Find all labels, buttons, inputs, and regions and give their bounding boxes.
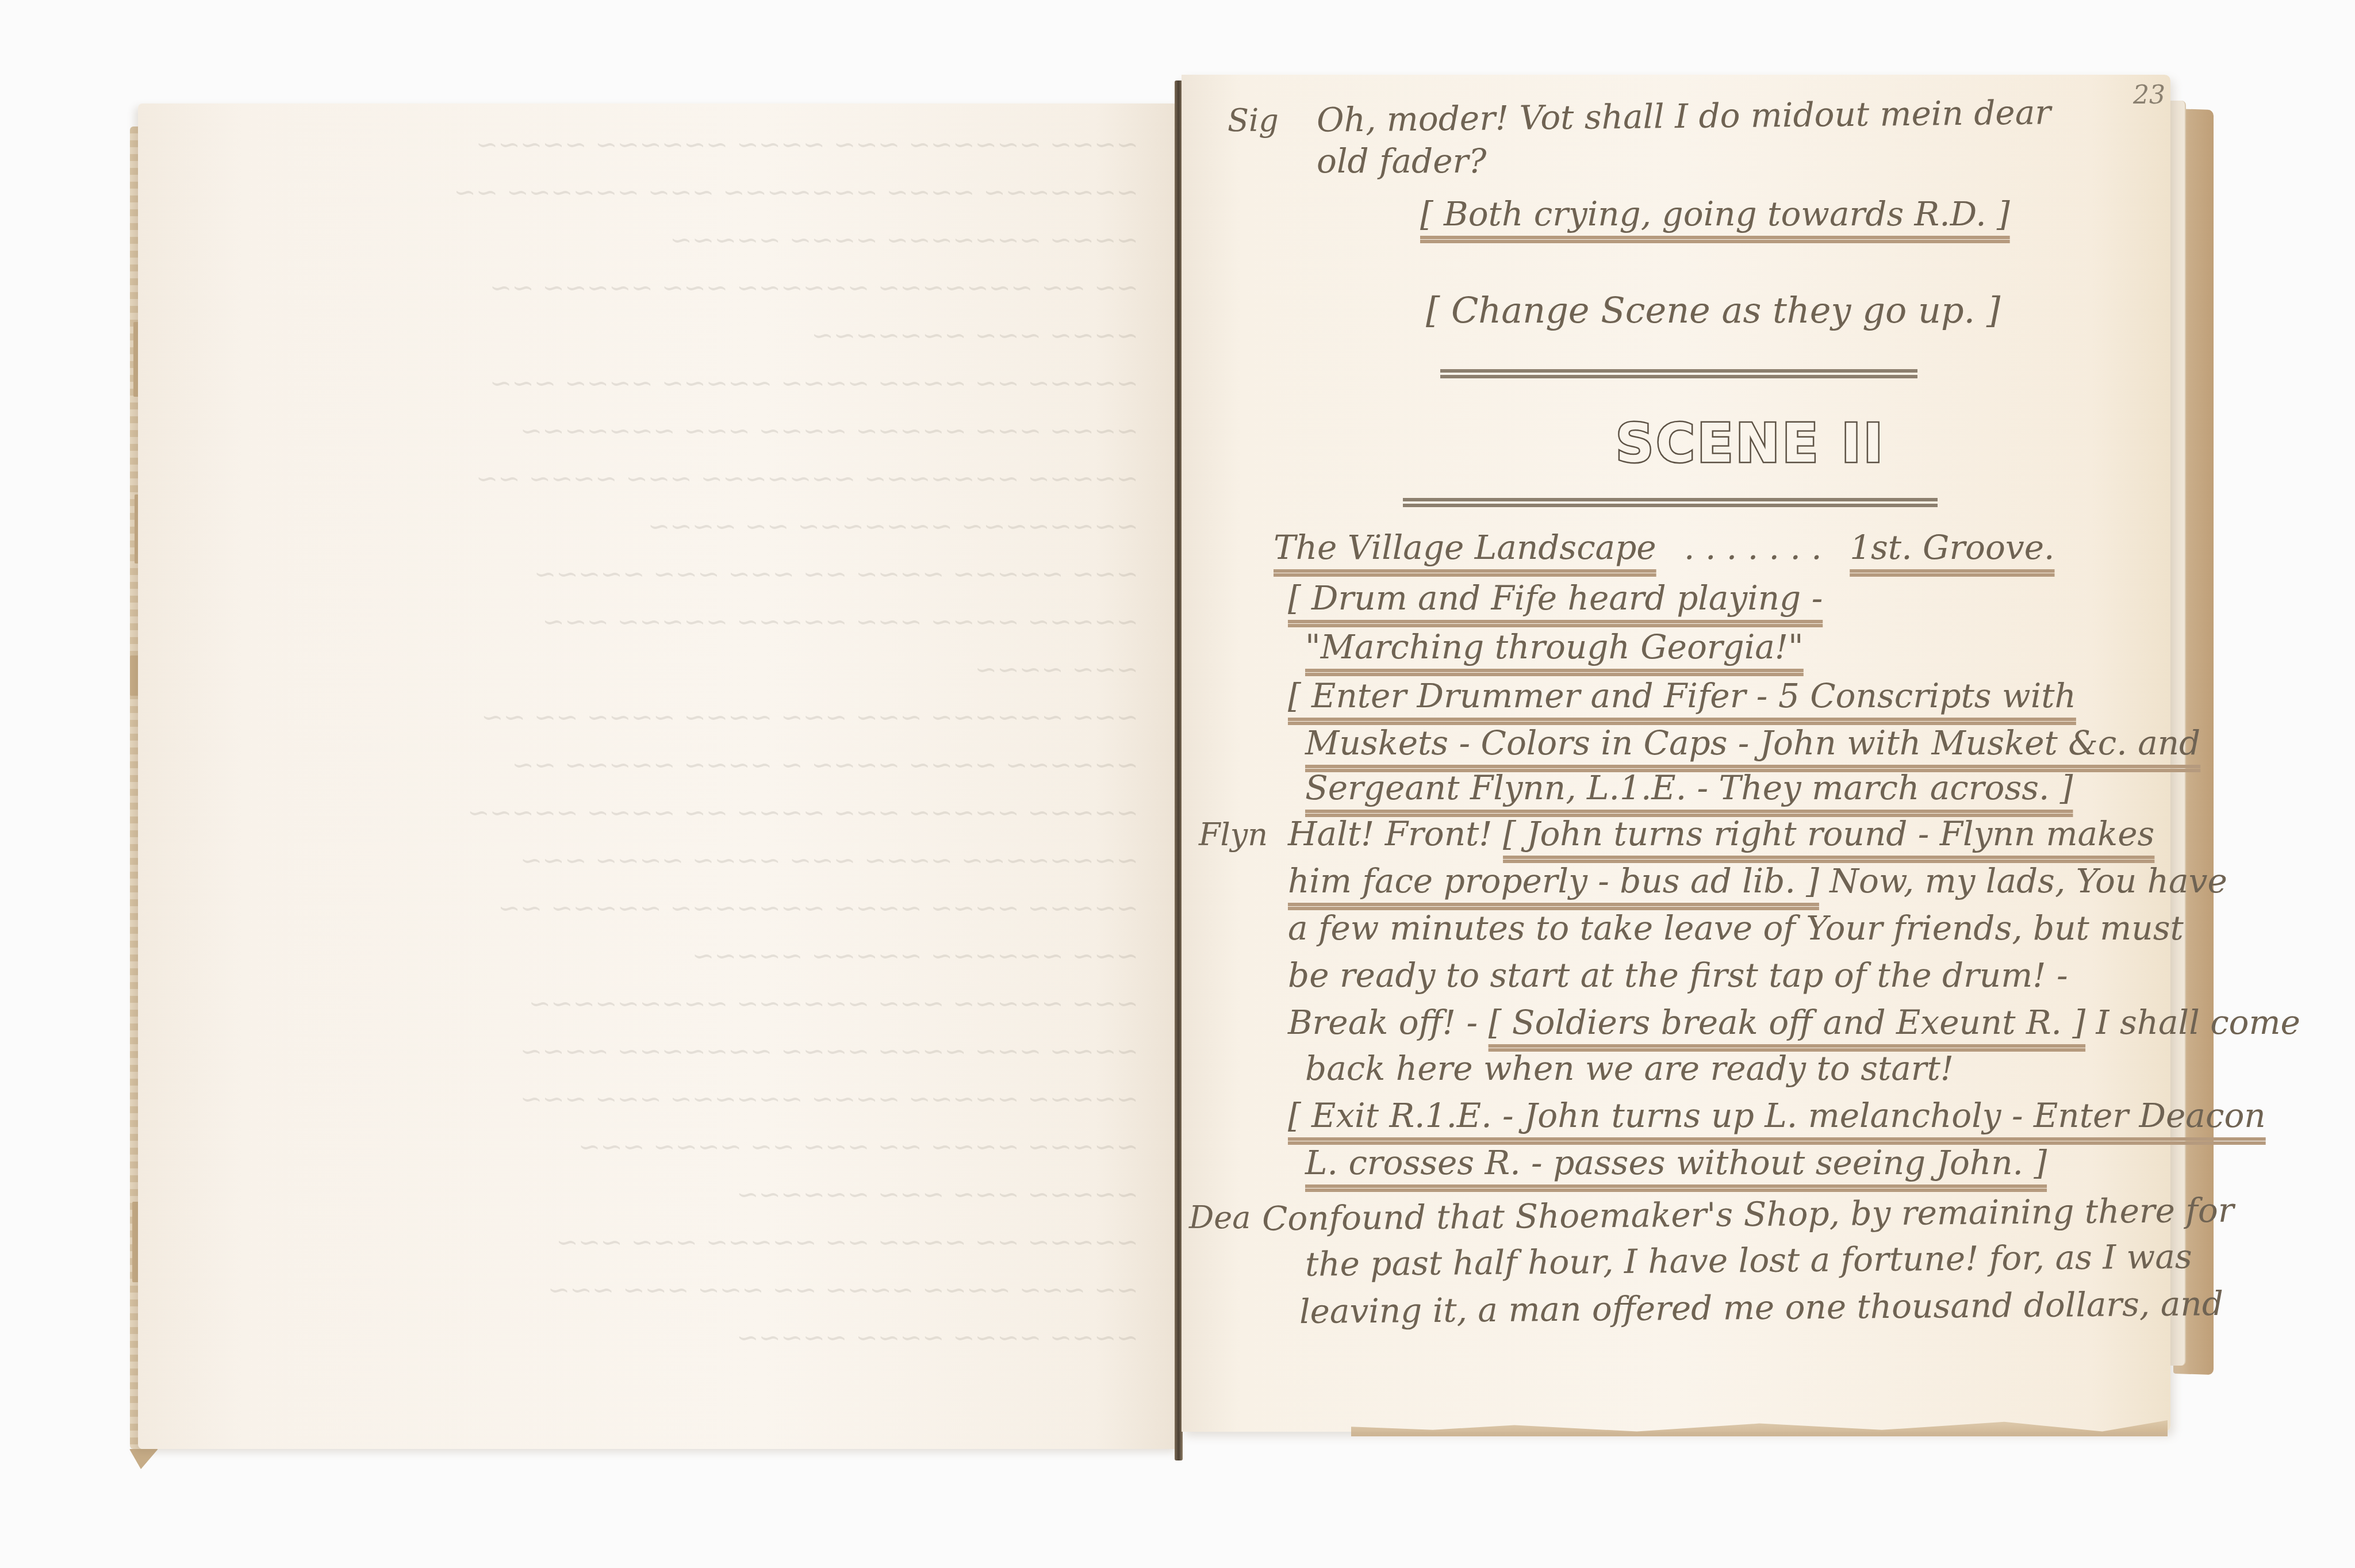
stage-direction: Sergeant Flynn, L.1.E. - They march acro… bbox=[1305, 765, 2073, 811]
dialogue-text: Break off! - bbox=[1288, 1003, 1478, 1042]
setting-title: The Village Landscape bbox=[1274, 528, 1656, 567]
stage-direction: [ Drum and Fife heard playing - bbox=[1288, 575, 1823, 621]
open-notebook: ~~~~ ~~~~~~ ~~~ ~~~~ ~~~~~~ ~~~~~ ~~~~~~… bbox=[0, 0, 2355, 1568]
dialogue-line: be ready to start at the first tap of th… bbox=[1288, 952, 2068, 998]
stage-direction-text: him face properly - bus ad lib. ] bbox=[1288, 861, 1819, 900]
dialogue-line: the past half hour, I have lost a fortun… bbox=[1305, 1233, 2192, 1287]
stage-direction: L. crosses R. - passes without seeing Jo… bbox=[1305, 1140, 2047, 1186]
dialogue-line: him face properly - bus ad lib. ] Now, m… bbox=[1288, 858, 2227, 904]
stage-direction: [ Exit R.1.E. - John turns up L. melanch… bbox=[1288, 1092, 2266, 1138]
stage-direction: [ Both crying, going towards R.D. ] bbox=[1420, 191, 2010, 237]
section-divider-rule bbox=[1440, 369, 1917, 378]
dialogue-line: Oh, moder! Vot shall I do midout mein de… bbox=[1317, 89, 2051, 143]
left-page-bleed-through: ~~~~ ~~~~~~ ~~~ ~~~~ ~~~~~~ ~~~~~ ~~~~~~… bbox=[184, 121, 1138, 1328]
stage-direction: [ Change Scene as they go up. ] bbox=[1426, 287, 2000, 333]
scene-heading: SCENE II bbox=[1616, 413, 1885, 474]
stage-direction-text: [ Exit R.1.E. - John turns up L. melanch… bbox=[1288, 1096, 2266, 1135]
stage-direction: Muskets - Colors in Caps - John with Mus… bbox=[1305, 720, 2200, 766]
stage-direction-text: [ Soldiers break off and Exeunt R. ] bbox=[1489, 1003, 2085, 1042]
speaker-label-flyn: Flyn bbox=[1199, 812, 1268, 858]
stage-direction-text: [ John turns right round - Flynn makes bbox=[1503, 814, 2154, 853]
dialogue-line: leaving it, a man offered me one thousan… bbox=[1299, 1281, 2224, 1335]
setting-groove: 1st. Groove. bbox=[1850, 528, 2054, 567]
section-divider-rule bbox=[1403, 498, 1938, 507]
stage-direction-text: Muskets - Colors in Caps - John with Mus… bbox=[1305, 723, 2200, 762]
stage-direction: "Marching through Georgia!" bbox=[1305, 624, 1804, 670]
dialogue-text: Now, my lads, You have bbox=[1829, 861, 2227, 900]
stage-direction-text: [ Enter Drummer and Fifer - 5 Conscripts… bbox=[1288, 676, 2076, 715]
stage-direction: [ Enter Drummer and Fifer - 5 Conscripts… bbox=[1288, 673, 2076, 719]
stage-direction-text: "Marching through Georgia!" bbox=[1305, 627, 1804, 666]
dialogue-text: Halt! Front! bbox=[1288, 814, 1493, 853]
dialogue-line: Break off! - [ Soldiers break off and Ex… bbox=[1288, 999, 2300, 1045]
page-number: 23 bbox=[2133, 80, 2165, 110]
dialogue-line: back here when we are ready to start! bbox=[1305, 1045, 1954, 1091]
scene-setting: The Village Landscape . . . . . . . 1st.… bbox=[1274, 524, 2054, 570]
speaker-label-dea: Dea bbox=[1189, 1195, 1251, 1241]
dialogue-line: a few minutes to take leave of Your frie… bbox=[1288, 905, 2184, 951]
dialogue-line: Confound that Shoemaker's Shop, by remai… bbox=[1262, 1187, 2234, 1242]
dialogue-line: old fader? bbox=[1317, 138, 1486, 184]
speaker-label-sig: Sig bbox=[1228, 98, 1279, 144]
setting-dots: . . . . . . . bbox=[1684, 528, 1822, 567]
torn-corner-fragment bbox=[129, 1449, 158, 1469]
dialogue-line: Halt! Front! [ John turns right round - … bbox=[1288, 811, 2154, 857]
dialogue-text: I shall come bbox=[2096, 1003, 2300, 1042]
stage-direction-text: [ Drum and Fife heard playing - bbox=[1288, 578, 1823, 618]
stage-direction-text: [ Both crying, going towards R.D. ] bbox=[1420, 194, 2010, 233]
stage-direction-text: Sergeant Flynn, L.1.E. - They march acro… bbox=[1305, 768, 2073, 807]
stage-direction-text: L. crosses R. - passes without seeing Jo… bbox=[1305, 1143, 2047, 1182]
